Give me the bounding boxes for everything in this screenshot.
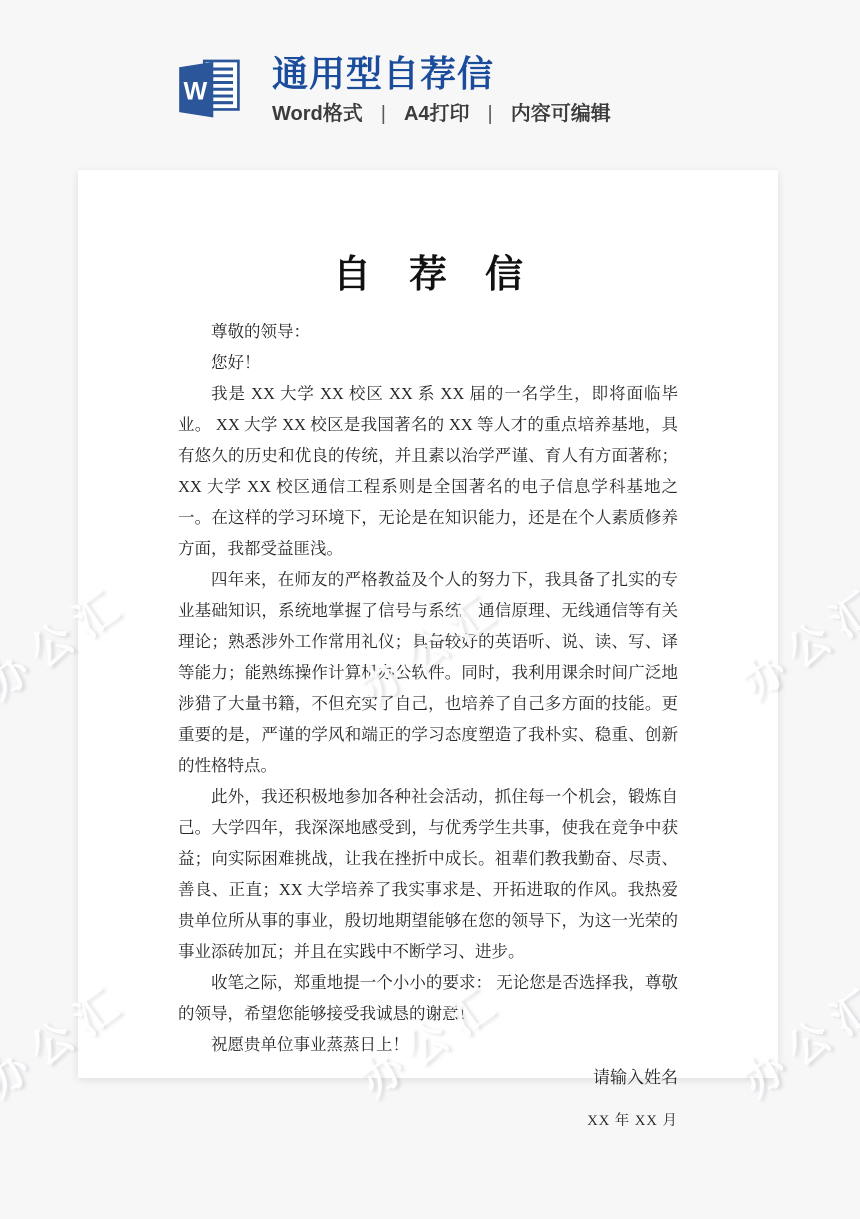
signature-name-placeholder: 请输入姓名 — [178, 1062, 678, 1093]
word-w-letter: W — [183, 77, 207, 105]
letter-body: 尊敬的领导： 您好！ 我是 XX 大学 XX 校区 XX 系 XX 届的一名学生… — [178, 316, 678, 1137]
document-page-preview: 自 荐 信 尊敬的领导： 您好！ 我是 XX 大学 XX 校区 XX 系 XX … — [78, 170, 778, 1078]
badge-editable: 内容可编辑 — [511, 102, 611, 126]
salutation: 尊敬的领导： — [178, 316, 678, 347]
paragraph: 祝愿贵单位事业蒸蒸日上！ — [178, 1029, 678, 1060]
word-file-icon: W — [172, 55, 242, 119]
paragraph: 我是 XX 大学 XX 校区 XX 系 XX 届的一名学生，即将面临毕业。 XX… — [178, 378, 678, 564]
paragraph: 四年来，在师友的严格教益及个人的努力下，我具备了扎实的专业基础知识，系统地掌握了… — [178, 564, 678, 781]
greeting: 您好！ — [178, 347, 678, 378]
signature-date-placeholder: XX 年 XX 月 — [178, 1106, 678, 1137]
template-badges: Word格式 | A4打印 | 内容可编辑 — [272, 102, 611, 126]
badge-word-format: Word格式 — [272, 102, 363, 126]
paragraph: 此外，我还积极地参加各种社会活动，抓住每一个机会，锻炼自己。大学四年，我深深地感… — [178, 781, 678, 967]
template-title: 通用型自荐信 — [272, 52, 611, 96]
letter-title: 自 荐 信 — [178, 250, 678, 300]
header: W 通用型自荐信 Word格式 | A4打印 | 内容可编辑 — [0, 0, 860, 170]
badge-separator: | — [488, 102, 493, 126]
badge-separator: | — [381, 102, 386, 126]
paragraph: 收笔之际，郑重地提一个小小的要求： 无论您是否选择我，尊敬的领导，希望您能够接受… — [178, 967, 678, 1029]
badge-a4-print: A4打印 — [404, 102, 470, 126]
